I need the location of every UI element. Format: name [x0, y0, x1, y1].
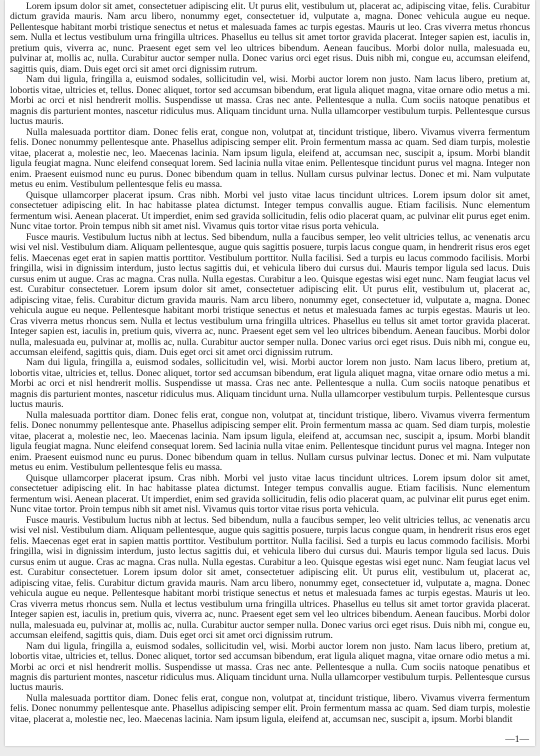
paragraph: Nulla malesuada porttitor diam. Donec fe…	[10, 411, 530, 474]
document-page: Lorem ipsum dolor sit amet, consectetuer…	[5, 0, 535, 746]
body-text: Lorem ipsum dolor sit amet, consectetuer…	[10, 2, 530, 725]
paragraph: Nulla malesuada porttitor diam. Donec fe…	[10, 694, 530, 725]
paragraph: Fusce mauris. Vestibulum luctus nibh at …	[10, 233, 530, 359]
paragraph: Nam dui ligula, fringilla a, euismod sod…	[10, 642, 530, 694]
paragraph: Nam dui ligula, fringilla a, euismod sod…	[10, 75, 530, 127]
paragraph: Quisque ullamcorper placerat ipsum. Cras…	[10, 474, 530, 516]
paragraph: Quisque ullamcorper placerat ipsum. Cras…	[10, 191, 530, 233]
paragraph: Nulla malesuada porttitor diam. Donec fe…	[10, 128, 530, 191]
paragraph: Fusce mauris. Vestibulum luctus nibh at …	[10, 516, 530, 642]
paragraph: Lorem ipsum dolor sit amet, consectetuer…	[10, 2, 530, 75]
paragraph: Nam dui ligula, fringilla a, euismod sod…	[10, 358, 530, 410]
page-number: —1—	[505, 735, 529, 745]
